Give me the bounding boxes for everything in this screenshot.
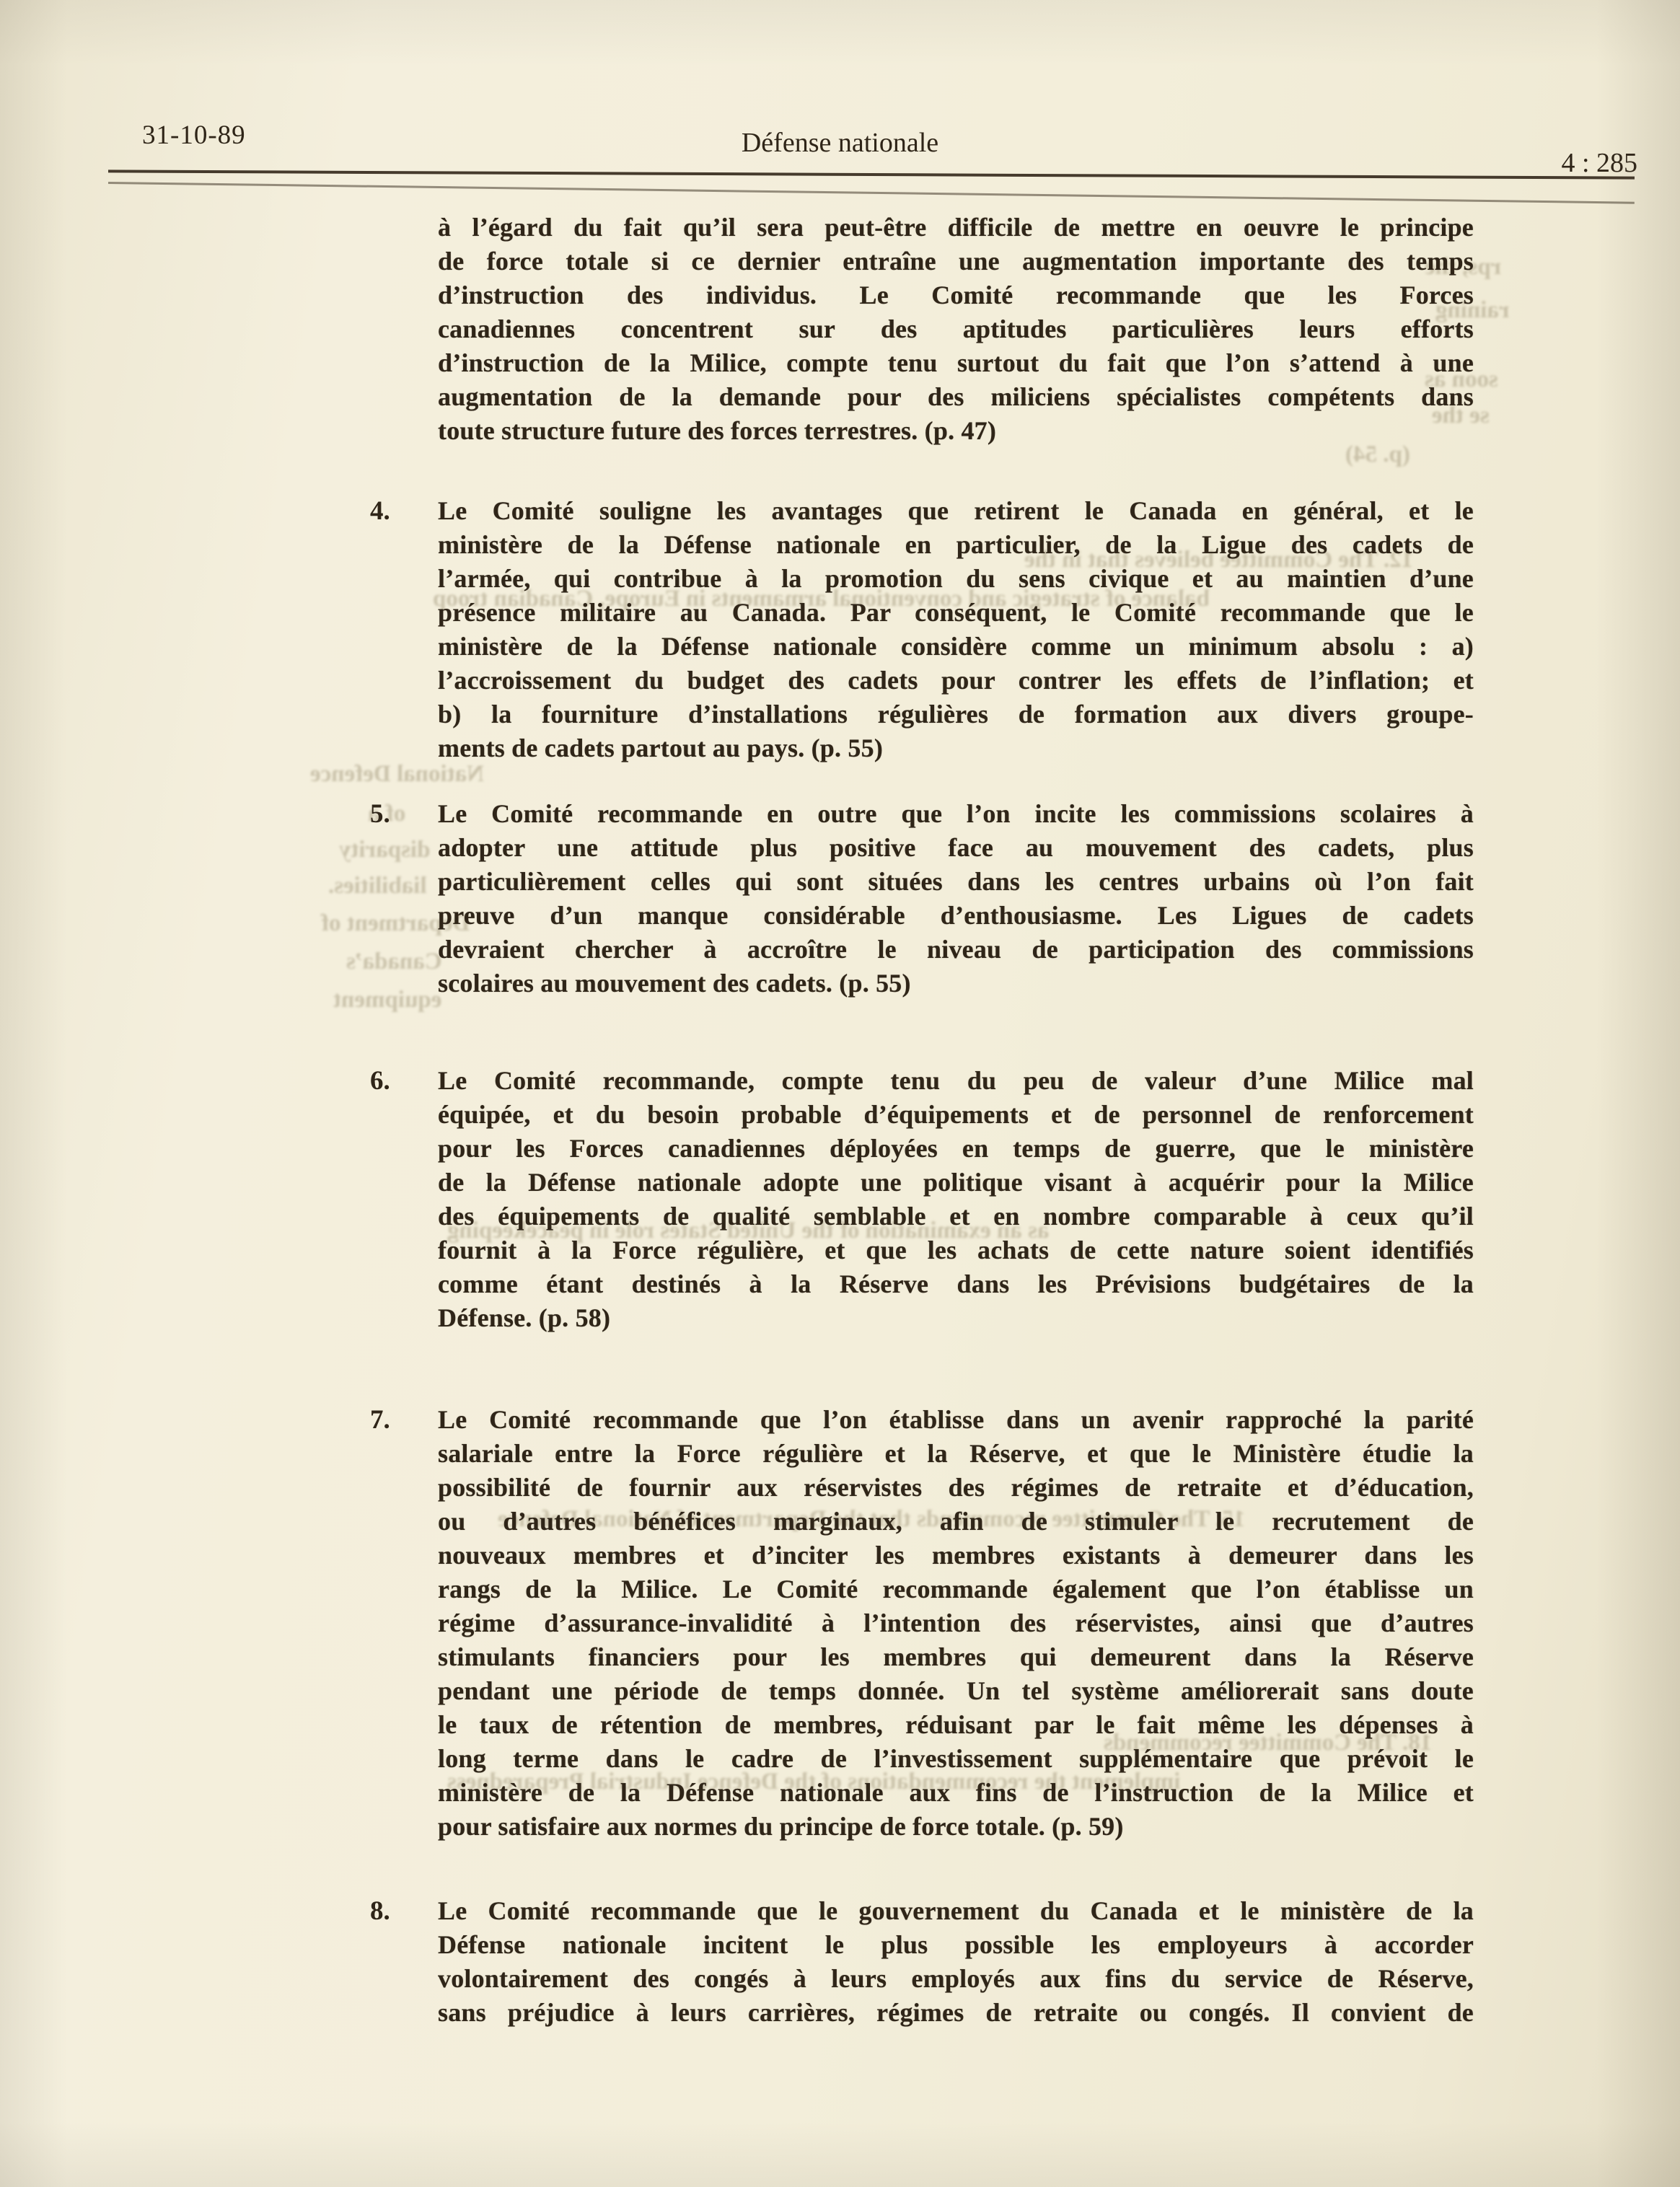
paragraph-continuation: à l’égard du fait qu’il sera peut-être d… (438, 211, 1474, 448)
paragraph-7: 7. Le Comité recommande que l’on établis… (438, 1403, 1474, 1844)
text-line: d’instruction des individus. Le Comité r… (438, 278, 1474, 312)
text-line: Le Comité souligne les avantages que ret… (438, 494, 1474, 528)
text-line: Défense nationale incitent le plus possi… (438, 1928, 1474, 1962)
paragraph-6: 6. Le Comité recommande, compte tenu du … (438, 1064, 1474, 1335)
bleed-through-text: disparity (339, 837, 431, 863)
text-line: augmentation de la demande pour des mili… (438, 380, 1474, 414)
text-line: toute structure future des forces terres… (438, 414, 1474, 448)
paragraph-5: 5. Le Comité recommande en outre que l’o… (438, 797, 1474, 1000)
bleed-through-text: equipment (333, 987, 441, 1013)
text-line: stimulants financiers pour les membres q… (438, 1640, 1474, 1674)
bleed-through-text: Canada’s (346, 949, 442, 975)
text-line: ou d’autres bénéfices marginaux, afin de… (438, 1505, 1474, 1539)
text-line: salariale entre la Force régulière et la… (438, 1437, 1474, 1471)
text-line: devraient chercher à accroître le niveau… (438, 933, 1474, 967)
paragraph-number: 7. (370, 1403, 390, 1437)
text-line: preuve d’un manque considérable d’enthou… (438, 899, 1474, 933)
text-line: scolaires au mouvement des cadets. (p. 5… (438, 967, 1474, 1000)
text-line: des équipements de qualité semblable et … (438, 1200, 1474, 1233)
text-line: comme étant destinés à la Réserve dans l… (438, 1267, 1474, 1301)
text-line: sans préjudice à leurs carrières, régime… (438, 1996, 1474, 2030)
text-line: nouveaux membres et d’inciter les membre… (438, 1539, 1474, 1572)
text-line: ministère de la Défense nationale consid… (438, 630, 1474, 664)
text-line: l’accroissement du budget des cadets pou… (438, 664, 1474, 698)
text-line: b) la fourniture d’installations réguliè… (438, 698, 1474, 731)
text-line: particulièrement celles qui sont situées… (438, 865, 1474, 899)
text-line: pendant une période de temps donnée. Un … (438, 1674, 1474, 1708)
text-line: Défense. (p. 58) (438, 1301, 1474, 1335)
text-line: Le Comité recommande, compte tenu du peu… (438, 1064, 1474, 1098)
text-line: Le Comité recommande que le gouvernement… (438, 1894, 1474, 1928)
text-line: fournit à la Force régulière, et que les… (438, 1233, 1474, 1267)
text-line: d’instruction de la Milice, compte tenu … (438, 346, 1474, 380)
paragraph-8: 8. Le Comité recommande que le gouvernem… (438, 1894, 1474, 2030)
text-line: présence militaire au Canada. Par conséq… (438, 596, 1474, 630)
text-line: canadiennes concentrent sur des aptitude… (438, 312, 1474, 346)
header-page-number: 4 : 285 (1486, 147, 1637, 179)
bleed-through-text: liabilities. (328, 873, 427, 899)
text-line: de force totale si ce dernier entraîne u… (438, 245, 1474, 278)
text-line: de la Défense nationale adopte une polit… (438, 1166, 1474, 1200)
text-line: ministère de la Défense nationale en par… (438, 528, 1474, 562)
document-body: à l’égard du fait qu’il sera peut-être d… (438, 211, 1474, 2030)
text-line: long terme dans le cadre de l’investisse… (438, 1742, 1474, 1776)
header-rule-shadow (108, 182, 1635, 204)
text-line: le taux de rétention de membres, réduisa… (438, 1708, 1474, 1742)
paragraph-number: 8. (370, 1894, 390, 1928)
paragraph-number: 5. (370, 797, 390, 831)
header-rule (108, 170, 1635, 179)
text-line: pour satisfaire aux normes du principe d… (438, 1810, 1474, 1844)
paragraph-number: 6. (370, 1064, 390, 1098)
scanned-document-page: rps, the raining soon as se the (p. 54) … (0, 0, 1680, 2187)
text-line: régime d’assurance-invalidité à l’intent… (438, 1606, 1474, 1640)
text-line: Le Comité recommande en outre que l’on i… (438, 797, 1474, 831)
paragraph-number: 4. (370, 494, 390, 528)
header-title: Défense nationale (0, 127, 1680, 159)
text-line: ministère de la Défense nationale aux fi… (438, 1776, 1474, 1810)
text-line: l’armée, qui contribue à la promotion du… (438, 562, 1474, 596)
text-line: adopter une attitude plus positive face … (438, 831, 1474, 865)
text-line: à l’égard du fait qu’il sera peut-être d… (438, 211, 1474, 245)
text-line: pour les Forces canadiennes déployées en… (438, 1132, 1474, 1166)
text-line: Le Comité recommande que l’on établisse … (438, 1403, 1474, 1437)
paragraph-4: 4. Le Comité souligne les avantages que … (438, 494, 1474, 765)
text-line: rangs de la Milice. Le Comité recommande… (438, 1572, 1474, 1606)
text-line: ments de cadets partout au pays. (p. 55) (438, 731, 1474, 765)
text-line: possibilité de fournir aux réservistes d… (438, 1471, 1474, 1505)
text-line: volontairement des congés à leurs employ… (438, 1962, 1474, 1996)
text-line: équipée, et du besoin probable d’équipem… (438, 1098, 1474, 1132)
